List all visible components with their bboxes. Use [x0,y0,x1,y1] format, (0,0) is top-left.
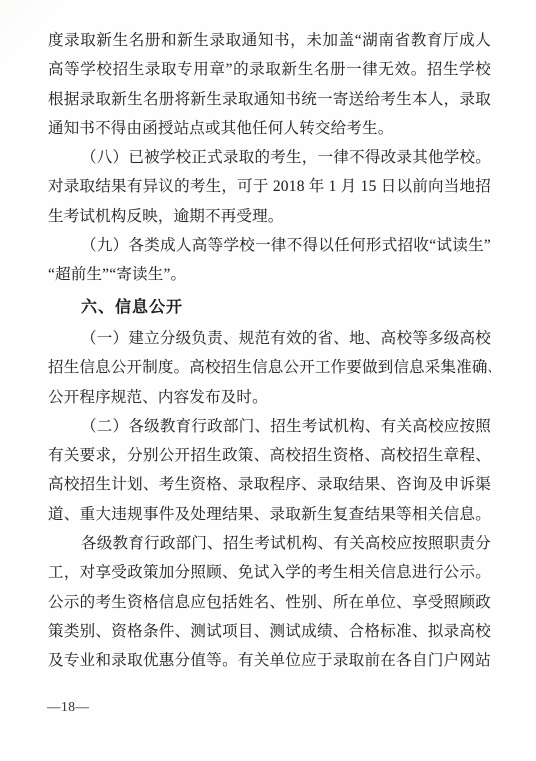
text-line: 公示的考生资格信息应包括姓名、性别、所在单位、享受照顾政 [48,588,491,617]
body-text: 度录取新生名册和新生录取通知书，未加盖“湖南省教育厅成人 高等学校招生录取专用章… [48,26,491,676]
text-line: （一）建立分级负责、规范有效的省、地、高校等多级高校 [48,324,491,353]
text-line: 策类别、资格条件、测试项目、测试成绩、合格标准、拟录高校 [48,617,491,646]
text-line: 根据录取新生名册将新生录取通知书统一寄送给考生本人，录取 [48,85,491,114]
text-line: 招生信息公开制度。高校招生信息公开工作要做到信息采集准确、 [48,353,491,382]
text-line: 各级教育行政部门、招生考试机构、有关高校应按照职责分 [48,529,491,558]
text-line: （八）已被学校正式录取的考生，一律不得改录其他学校。 [48,143,491,172]
text-line: 通知书不得由函授站点或其他任何人转交给考生。 [48,114,491,143]
text-line: 及专业和录取优惠分值等。有关单位应于录取前在各自门户网站 [48,646,491,675]
section-heading: 六、信息公开 [48,293,491,322]
text-line: （二）各级教育行政部门、招生考试机构、有关高校应按照 [48,412,491,441]
text-line: 高校招生计划、考生资格、录取程序、录取结果、咨询及申诉渠 [48,470,491,499]
text-line: 工，对享受政策加分照顾、免试入学的考生相关信息进行公示。 [48,558,491,587]
page-number: —18— [47,696,90,718]
text-line: 生考试机构反映，逾期不再受理。 [48,202,491,231]
document-page: 度录取新生名册和新生录取通知书，未加盖“湖南省教育厅成人 高等学校招生录取专用章… [0,0,536,761]
text-line: “超前生”“寄读生”。 [48,260,491,289]
text-line: 公开程序规范、内容发布及时。 [48,383,491,412]
text-line: 道、重大违规事件及处理结果、录取新生复查结果等相关信息。 [48,500,491,529]
text-line: 高等学校招生录取专用章”的录取新生名册一律无效。招生学校 [48,55,491,84]
text-line: 对录取结果有异议的考生，可于 2018 年 1 月 15 日以前向当地招 [48,172,491,201]
text-line: 度录取新生名册和新生录取通知书，未加盖“湖南省教育厅成人 [48,26,491,55]
text-line: （九）各类成人高等学校一律不得以任何形式招收“试读生” [48,231,491,260]
text-line: 有关要求，分别公开招生政策、高校招生资格、高校招生章程、 [48,441,491,470]
